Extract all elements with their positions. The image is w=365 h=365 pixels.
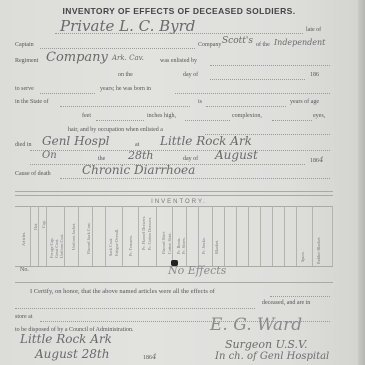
inches-label: inches high,: [147, 113, 176, 119]
col-divider: [312, 206, 313, 266]
col-header-cotton-drawers: Pr. Cotton Drawers.: [147, 217, 152, 250]
regiment-label: Regiment: [15, 58, 38, 64]
deceased-name-line: [270, 296, 330, 297]
inventory-rule-top-2: [15, 195, 333, 196]
col-divider: [30, 206, 31, 266]
born-line: [175, 93, 330, 94]
year-1: 186: [310, 72, 319, 78]
at-value: Little Rock Ark: [160, 134, 252, 148]
col-header-uniform-coat: Uniform Coat.: [59, 234, 64, 258]
state-line: [60, 106, 190, 107]
regiment-value: Company: [46, 50, 108, 65]
col-header-socks: Pr. Socks.: [201, 237, 206, 254]
signature-name: E. G. Ward: [210, 315, 302, 335]
col-divider: [272, 206, 273, 266]
died-in-value: Genl Hospl: [42, 134, 109, 148]
col-divider: [78, 206, 79, 266]
inventory-rule-bottom: [15, 282, 333, 283]
col-divider: [105, 206, 106, 266]
col-header-rubber-blanket: Rubber Blanket.: [316, 237, 321, 264]
of-the-value: Independent: [274, 38, 325, 47]
row-label: No.: [20, 267, 29, 273]
store-at-label: store at: [15, 314, 33, 320]
on-value: On: [42, 150, 57, 161]
cert-year: 1864: [143, 353, 156, 361]
on-the-label: on the: [118, 72, 133, 78]
year-2: 1864: [310, 156, 323, 164]
company-label: Company: [198, 42, 221, 48]
feet-label: feet: [82, 113, 91, 119]
cause-value: Chronic Diarrhoea: [82, 163, 195, 177]
col-header-fatigue-overall: Fatigue Overall.: [114, 229, 119, 256]
col-divider: [156, 206, 157, 266]
captain-label: Captain: [15, 42, 34, 48]
inventory-rule-top: [15, 191, 333, 192]
company-value: Scott's: [222, 36, 253, 46]
cause-line: [60, 178, 330, 179]
to-serve-line: [40, 93, 95, 94]
state-label: in the State of: [15, 99, 49, 105]
year-2-suffix: 4: [319, 156, 323, 164]
col-header-articles: Articles.: [21, 232, 26, 246]
col-header-cotton-shirt: Cotton Shirt.: [167, 232, 172, 254]
certify-line-1: I Certify, on honor, that the above name…: [30, 288, 215, 295]
col-header-cap: Cap.: [41, 220, 46, 228]
col-divider: [236, 206, 237, 266]
day-of-label-2: day of: [183, 156, 198, 162]
enlisted-line: [210, 65, 330, 66]
col-divider: [198, 206, 199, 266]
late-of-label: late of: [306, 27, 321, 33]
col-header-flannel-shirt: Flannel Shirt.: [161, 231, 166, 254]
col-divider: [186, 206, 187, 266]
day-of-line: [210, 79, 305, 80]
col-divider: [332, 206, 333, 266]
eyes-label: eyes,: [313, 113, 325, 119]
date-value: August 28th: [35, 347, 109, 361]
col-header-spurs: Spurs.: [300, 251, 305, 262]
col-divider: [212, 206, 213, 266]
col-header-flannel-sack-coat: Flannel Sack Coat.: [86, 222, 91, 254]
to-serve-label: to serve: [15, 86, 34, 92]
at-label: at: [135, 142, 139, 148]
feet-line: [96, 120, 144, 121]
inventory-no-effects: No Effects: [168, 264, 226, 277]
document-page: INVENTORY OF EFFECTS OF DECEASED SOLDIER…: [0, 0, 358, 365]
of-the-label: of the: [256, 42, 270, 48]
col-header-blanket: Blanket.: [214, 240, 219, 254]
col-header-uniform-jacket: Uniform Jacket.: [71, 223, 76, 250]
col-header-sack-coat: Sack Coat.: [108, 238, 113, 256]
col-divider: [284, 206, 285, 266]
enlisted-label: was enlisted by: [160, 58, 197, 64]
inventory-title: INVENTORY.: [0, 199, 358, 205]
col-divider: [248, 206, 249, 266]
col-divider: [64, 206, 65, 266]
col-divider: [224, 206, 225, 266]
certify-line-2: deceased, and are in: [262, 300, 310, 306]
page-edge: [358, 0, 365, 365]
age-line: [206, 106, 286, 107]
complexion-label: complexion,: [232, 113, 262, 119]
cause-label: Cause of death: [15, 171, 51, 177]
col-divider: [122, 206, 123, 266]
inches-line: [185, 120, 230, 121]
regiment-value-2: Ark. Cav.: [112, 54, 144, 62]
signature-title: Surgeon U.S.V.: [225, 338, 308, 351]
place-value: Little Rock Ark: [20, 332, 112, 346]
day-value: 28th: [128, 149, 154, 162]
hair-label: hair, and by occupation when enlisted a: [68, 127, 163, 133]
inventory-rule-header: [15, 206, 333, 207]
years-born-label: years; he was born in: [100, 86, 151, 92]
col-divider: [92, 206, 93, 266]
captain-line: [40, 48, 195, 49]
years-of-age-label: years of age: [290, 99, 319, 105]
document-title: INVENTORY OF EFFECTS OF DECEASED SOLDIER…: [0, 6, 358, 16]
certify-line-blank: [15, 308, 255, 309]
day-of-label: day of: [183, 72, 198, 78]
col-divider: [260, 206, 261, 266]
col-divider: [46, 206, 47, 266]
month-value: August: [215, 148, 258, 162]
col-divider: [296, 206, 297, 266]
complexion-line: [272, 120, 312, 121]
col-header-flannel-drawers: Pr. Flannel Drawers.: [141, 216, 146, 250]
died-in-label: died in: [15, 142, 32, 148]
col-header-hat: Hat.: [33, 223, 38, 230]
year-2-prefix: 186: [310, 158, 319, 164]
col-divider: [38, 206, 39, 266]
died-in-line: [30, 150, 330, 151]
col-divider: [172, 206, 173, 266]
col-header-shoes: Pr. Shoes.: [181, 237, 186, 254]
the-label: the: [98, 156, 105, 162]
col-header-trousers: Pr. Trousers.: [128, 235, 133, 256]
is-label: is: [198, 99, 202, 105]
name-line: [55, 33, 303, 34]
signature-role: In ch. of Genl Hospital: [215, 351, 329, 362]
col-divider: [138, 206, 139, 266]
cert-year-prefix: 186: [143, 355, 152, 361]
cert-year-suffix: 4: [152, 353, 156, 361]
